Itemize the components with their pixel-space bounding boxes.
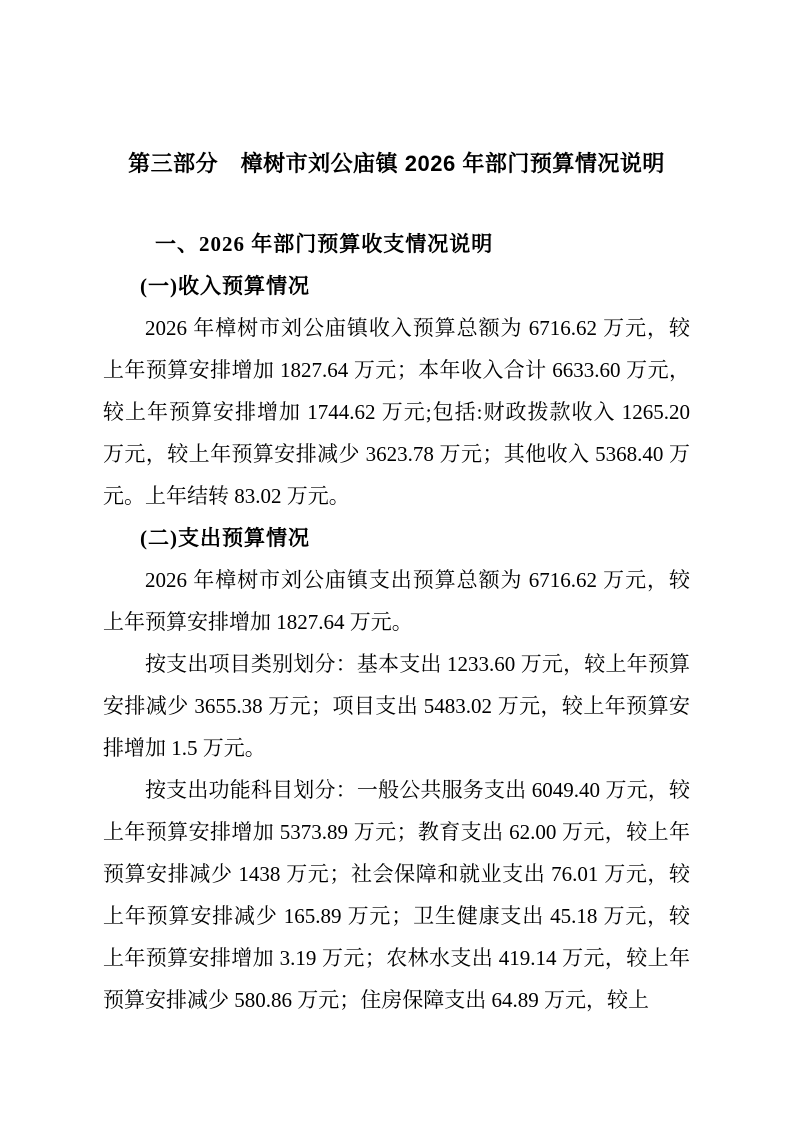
paragraph-expenditure-total: 2026 年樟树市刘公庙镇支出预算总额为 6716.62 万元，较上年预算安排增… [103,559,690,643]
paragraph-expenditure-by-project-type: 按支出项目类别划分：基本支出 1233.60 万元，较上年预算安排减少 3655… [103,643,690,769]
document-title: 第三部分 樟树市刘公庙镇 2026 年部门预算情况说明 [103,147,690,181]
document-page: 第三部分 樟树市刘公庙镇 2026 年部门预算情况说明 一、2026 年部门预算… [0,0,793,1122]
paragraph-income-budget: 2026 年樟树市刘公庙镇收入预算总额为 6716.62 万元，较上年预算安排增… [103,307,690,517]
subsection-heading-income-budget: (一)收入预算情况 [103,265,690,307]
section-heading-budget-overview: 一、2026 年部门预算收支情况说明 [103,223,690,265]
subsection-heading-expenditure-budget: (二)支出预算情况 [103,517,690,559]
paragraph-expenditure-by-function: 按支出功能科目划分：一般公共服务支出 6049.40 万元，较上年预算安排增加 … [103,769,690,1021]
